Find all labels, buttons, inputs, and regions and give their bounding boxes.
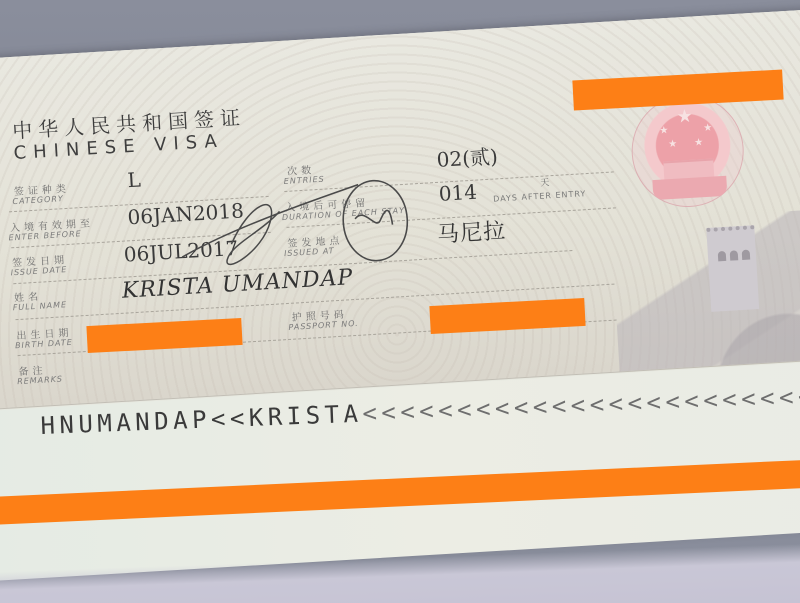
issued-at-value: 马尼拉 <box>436 214 507 249</box>
category-value: L <box>127 168 142 193</box>
watchtower-icon <box>706 225 759 312</box>
issued-at-label-en: ISSUED AT <box>284 246 335 258</box>
background-surface <box>0 540 800 603</box>
full-name-value: KRISTA UMANDAP <box>121 265 354 304</box>
remarks-label-en: REMARKS <box>17 374 63 386</box>
duration-value: 014 <box>438 180 478 206</box>
issue-date-label-en: ISSUE DATE <box>10 265 67 277</box>
duration-unit-cn: 天 <box>540 175 554 189</box>
duration-unit-en: DAYS AFTER ENTRY <box>493 189 587 204</box>
national-emblem-icon: ★ ★ ★ ★ ★ <box>628 92 746 210</box>
full-name-label-en: FULL NAME <box>13 300 68 312</box>
birth-date-label-en: BIRTH DATE <box>15 338 73 350</box>
entries-value: 02(贰) <box>436 140 499 173</box>
category-label-en: CATEGORY <box>12 194 64 206</box>
entries-label-en: ENTRIES <box>284 175 325 186</box>
